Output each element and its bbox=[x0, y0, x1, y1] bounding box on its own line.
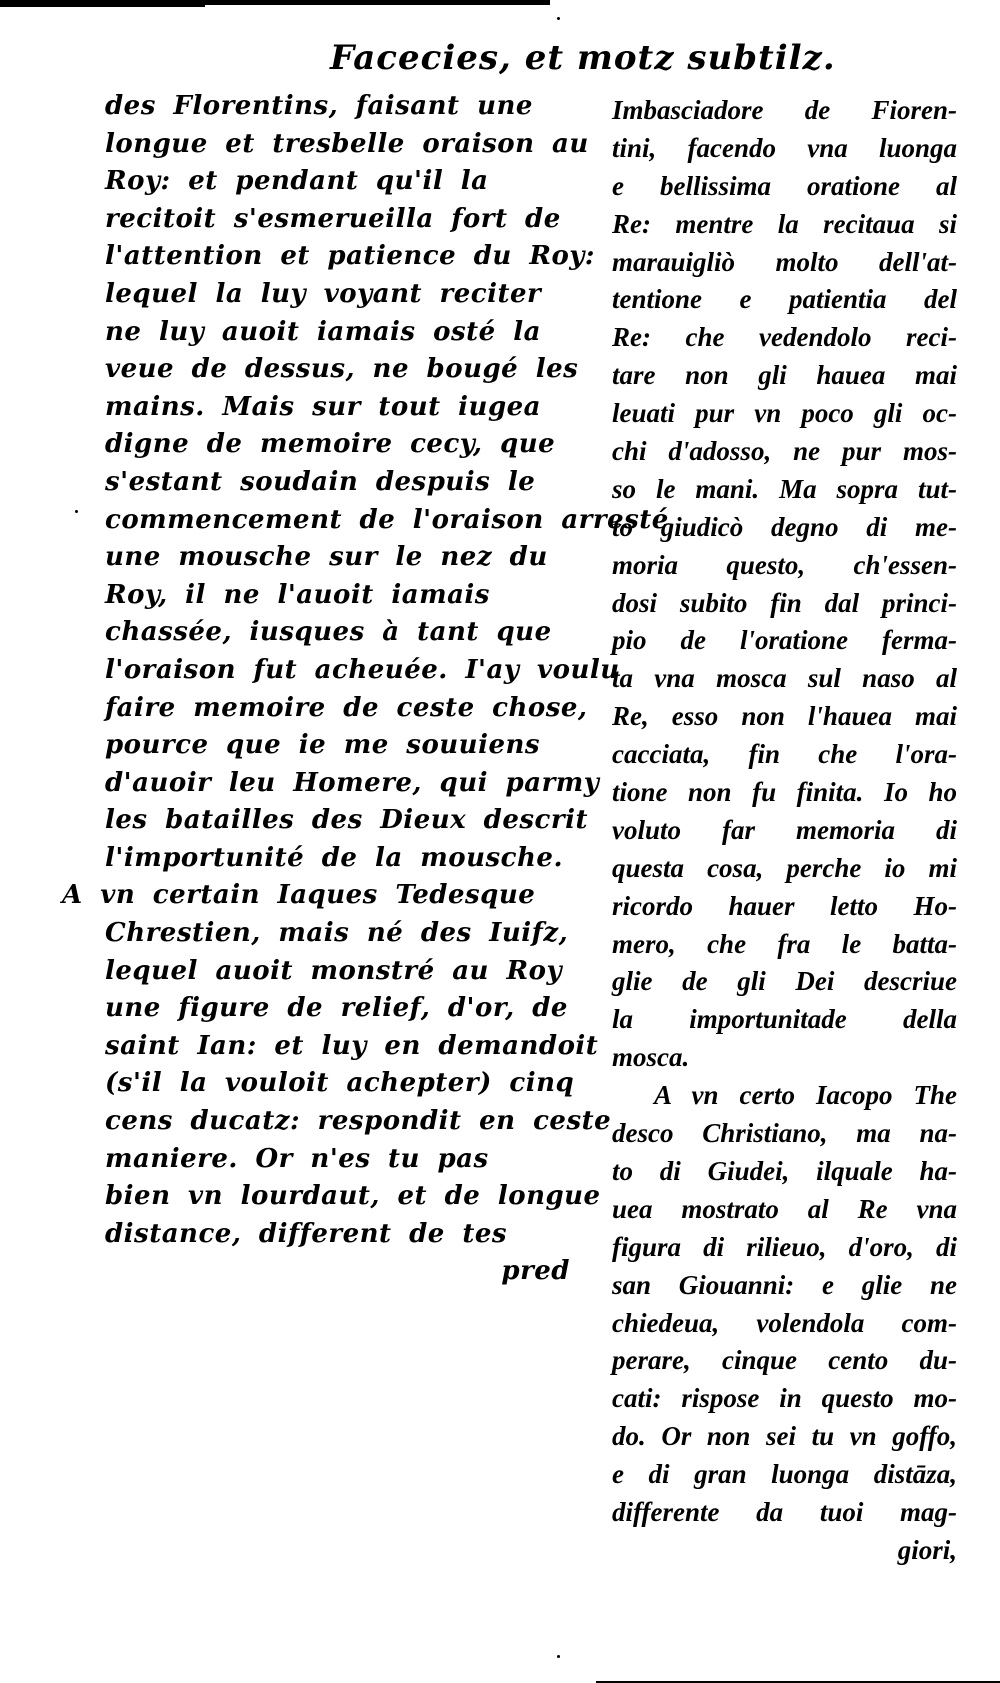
french-text-line: l'importunité de la mousche. bbox=[50, 840, 580, 878]
french-text-line: d'auoir leu Homere, qui parmy bbox=[50, 765, 580, 803]
italian-text-line: questa cosa, perche io mi bbox=[612, 850, 957, 888]
italian-text-line: mosca. bbox=[612, 1039, 957, 1077]
french-text-line: lequel auoit monstré au Roy bbox=[50, 953, 580, 991]
french-text-line: veue de dessus, ne bougé les bbox=[50, 351, 580, 389]
french-text-line: bien vn lourdaut, et de longue bbox=[50, 1178, 580, 1216]
italian-text-line: tentione e patientia del bbox=[612, 281, 957, 319]
french-text-line: ne luy auoit iamais osté la bbox=[50, 314, 580, 352]
french-text-line: longue et tresbelle oraison au bbox=[50, 126, 580, 164]
french-column: des Florentins, faisant unelongue et tre… bbox=[50, 88, 580, 1291]
ink-speck bbox=[557, 17, 560, 20]
italian-text-line: Imbasciadore de Fioren- bbox=[612, 92, 957, 130]
italian-text-line: tare non gli hauea mai bbox=[612, 357, 957, 395]
french-text-line: mains. Mais sur tout iugea bbox=[50, 389, 580, 427]
french-text-line: cens ducatz: respondit en ceste bbox=[50, 1103, 580, 1141]
italian-text-line: marauigliò molto dell'at- bbox=[612, 244, 957, 282]
italian-text-line: do. Or non sei tu vn goffo, bbox=[612, 1418, 957, 1456]
ink-speck bbox=[557, 1655, 560, 1658]
french-text-line: pource que ie me souuiens bbox=[50, 727, 580, 765]
french-text-line: une figure de relief, d'or, de bbox=[50, 990, 580, 1028]
french-text-line: Roy, il ne l'auoit iamais bbox=[50, 577, 580, 615]
italian-text-line: cati: rispose in questo mo- bbox=[612, 1380, 957, 1418]
french-text-line: (s'il la vouloit achepter) cinq bbox=[50, 1065, 580, 1103]
italian-text-line: pio de l'oratione ferma- bbox=[612, 622, 957, 660]
italian-column: Imbasciadore de Fioren-tini, facendo vna… bbox=[612, 92, 957, 1570]
french-text-line: l'attention et patience du Roy: bbox=[50, 238, 580, 276]
italian-text-line: ta vna mosca sul naso al bbox=[612, 660, 957, 698]
italian-text-line: la importunitade della bbox=[612, 1001, 957, 1039]
italian-text-line: chiedeua, volendola com- bbox=[612, 1305, 957, 1343]
french-text-line: une mousche sur le nez du bbox=[50, 539, 580, 577]
italian-text-line: san Giouanni: e glie ne bbox=[612, 1267, 957, 1305]
french-catchword: pred bbox=[50, 1253, 580, 1291]
french-text-line: recitoit s'esmerueilla fort de bbox=[50, 201, 580, 239]
italian-text-line: Re: mentre la recitaua si bbox=[612, 206, 957, 244]
italian-catchword: giori, bbox=[612, 1532, 957, 1570]
italian-text-line: desco Christiano, ma na- bbox=[612, 1115, 957, 1153]
italian-text-line: mero, che fra le batta- bbox=[612, 926, 957, 964]
italian-text-line: tini, facendo vna luonga bbox=[612, 130, 957, 168]
french-text-line: distance, different de tes bbox=[50, 1216, 580, 1254]
italian-text-line: A vn certo Iacopo The bbox=[612, 1077, 957, 1115]
italian-text-line: cacciata, fin che l'ora- bbox=[612, 736, 957, 774]
italian-text-line: perare, cinque cento du- bbox=[612, 1342, 957, 1380]
italian-text-line: glie de gli Dei descriue bbox=[612, 963, 957, 1001]
running-head: Facecies, et motz subtilz. bbox=[330, 38, 750, 78]
french-text-line: chassée, iusques à tant que bbox=[50, 614, 580, 652]
italian-text-line: uea mostrato al Re vna bbox=[612, 1191, 957, 1229]
french-text-line: l'oraison fut acheuée. I'ay voulu bbox=[50, 652, 580, 690]
italian-text-line: e bellissima oratione al bbox=[612, 168, 957, 206]
french-text-line: digne de memoire cecy, que bbox=[50, 426, 580, 464]
top-page-edge-rule-thin bbox=[0, 5, 205, 7]
italian-text-line: to giudicò degno di me- bbox=[612, 509, 957, 547]
french-text-line: les batailles des Dieux descrit bbox=[50, 802, 580, 840]
italian-text-line: to di Giudei, ilquale ha- bbox=[612, 1153, 957, 1191]
french-text-line: saint Ian: et luy en demandoit bbox=[50, 1028, 580, 1066]
french-text-line: A vn certain Iaques Tedesque bbox=[50, 877, 580, 915]
french-text-line: des Florentins, faisant une bbox=[50, 88, 580, 126]
italian-text-line: Re, esso non l'hauea mai bbox=[612, 698, 957, 736]
italian-text-line: tione non fu finita. Io ho bbox=[612, 774, 957, 812]
italian-text-line: e di gran luonga distāza, bbox=[612, 1456, 957, 1494]
italian-text-line: voluto far memoria di bbox=[612, 812, 957, 850]
french-text-line: s'estant soudain despuis le bbox=[50, 464, 580, 502]
ink-speck bbox=[75, 510, 78, 513]
italian-text-line: differente da tuoi mag- bbox=[612, 1494, 957, 1532]
italian-text-line: figura di rilieuo, d'oro, di bbox=[612, 1229, 957, 1267]
italian-text-line: dosi subito fin dal princi- bbox=[612, 585, 957, 623]
french-text-line: maniere. Or n'es tu pas bbox=[50, 1141, 580, 1179]
french-text-line: faire memoire de ceste chose, bbox=[50, 690, 580, 728]
french-text-line: lequel la luy voyant reciter bbox=[50, 276, 580, 314]
italian-text-line: so le mani. Ma sopra tut- bbox=[612, 471, 957, 509]
italian-text-line: leuati pur vn poco gli oc- bbox=[612, 395, 957, 433]
italian-text-line: chi d'adosso, ne pur mos- bbox=[612, 433, 957, 471]
french-text-line: commencement de l'oraison arresté bbox=[50, 502, 580, 540]
french-text-line: Chrestien, mais né des Iuifz, bbox=[50, 915, 580, 953]
italian-text-line: Re: che vedendolo reci- bbox=[612, 319, 957, 357]
italian-text-line: moria questo, ch'essen- bbox=[612, 547, 957, 585]
french-text-line: Roy: et pendant qu'il la bbox=[50, 163, 580, 201]
italian-text-line: ricordo hauer letto Ho- bbox=[612, 888, 957, 926]
